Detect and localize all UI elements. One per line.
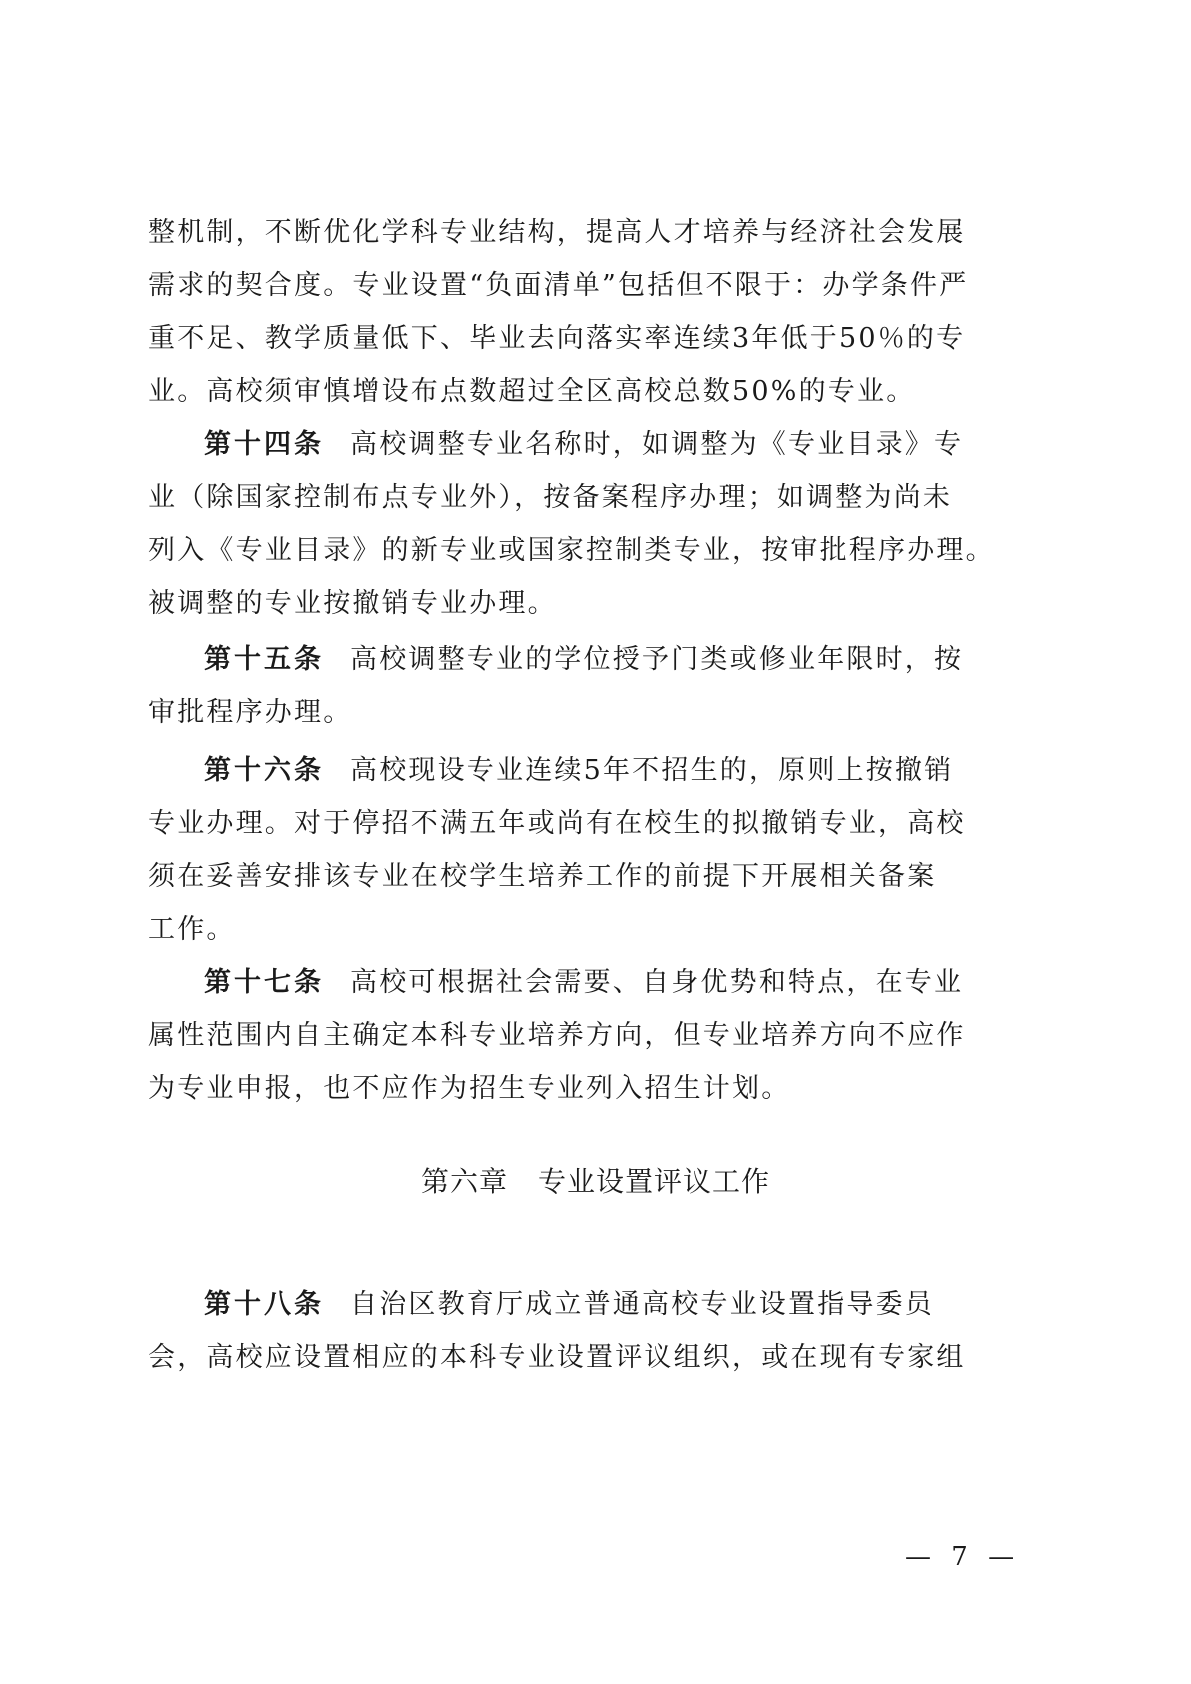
body-line: 业。高校须审慎增设布点数超过全区高校总数50%的专业。 [148, 374, 978, 410]
body-line: 工作。 [148, 912, 978, 948]
article-14-first-line: 第十四条高校调整专业名称时，如调整为《专业目录》专 [204, 427, 978, 463]
body-line: 为专业申报，也不应作为招生专业列入招生计划。 [148, 1071, 978, 1107]
article-text: 高校可根据社会需要、自身优势和特点，在专业 [350, 967, 963, 998]
article-15-first-line: 第十五条高校调整专业的学位授予门类或修业年限时，按 [204, 642, 978, 678]
chapter-title: 专业设置评议工作 [538, 1165, 770, 1198]
article-label: 第十七条 [204, 967, 324, 998]
body-line: 业（除国家控制布点专业外），按备案程序办理；如调整为尚未 [148, 480, 978, 516]
article-text: 高校现设专业连续5年不招生的，原则上按撤销 [350, 755, 953, 786]
chapter-heading: 第六章专业设置评议工作 [0, 1163, 1191, 1201]
article-label: 第十四条 [204, 429, 324, 460]
article-label: 第十五条 [204, 644, 324, 675]
body-line: 属性范围内自主确定本科专业培养方向，但专业培养方向不应作 [148, 1018, 978, 1054]
page-number: — 7 — [905, 1542, 1020, 1572]
document-page: 整机制，不断优化学科专业结构，提高人才培养与经济社会发展 需求的契合度。专业设置… [0, 0, 1191, 1684]
body-line: 审批程序办理。 [148, 695, 978, 731]
article-text: 自治区教育厅成立普通高校专业设置指导委员 [350, 1289, 934, 1320]
body-line: 须在妥善安排该专业在校学生培养工作的前提下开展相关备案 [148, 859, 978, 895]
article-label: 第十六条 [204, 755, 324, 786]
body-line: 专业办理。对于停招不满五年或尚有在校生的拟撤销专业，高校 [148, 806, 978, 842]
article-16-first-line: 第十六条高校现设专业连续5年不招生的，原则上按撤销 [204, 753, 978, 789]
chapter-number: 第六章 [421, 1165, 508, 1198]
body-line: 会，高校应设置相应的本科专业设置评议组织，或在现有专家组 [148, 1340, 978, 1376]
body-line: 整机制，不断优化学科专业结构，提高人才培养与经济社会发展 [148, 215, 978, 251]
body-line: 需求的契合度。专业设置“负面清单”包括但不限于：办学条件严 [148, 268, 978, 304]
article-text: 高校调整专业名称时，如调整为《专业目录》专 [350, 429, 963, 460]
article-text: 高校调整专业的学位授予门类或修业年限时，按 [350, 644, 963, 675]
article-17-first-line: 第十七条高校可根据社会需要、自身优势和特点，在专业 [204, 965, 978, 1001]
body-line: 列入《专业目录》的新专业或国家控制类专业，按审批程序办理。 [148, 533, 978, 569]
body-line: 被调整的专业按撤销专业办理。 [148, 586, 978, 622]
article-18-first-line: 第十八条自治区教育厅成立普通高校专业设置指导委员 [204, 1287, 978, 1323]
body-line: 重不足、教学质量低下、毕业去向落实率连续3年低于50％的专 [148, 321, 978, 357]
article-label: 第十八条 [204, 1289, 324, 1320]
